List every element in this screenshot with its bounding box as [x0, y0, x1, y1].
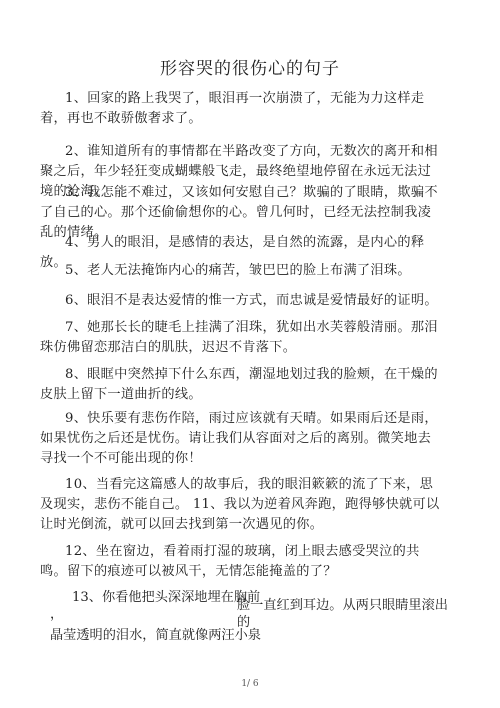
- paragraph-5: 5、老人无法掩饰内心的痛苦，皱巴巴的脸上布满了泪珠。: [40, 261, 442, 281]
- paragraph-6: 6、眼泪不是表达爱情的惟一方式，而忠诚是爱情最好的证明。: [40, 291, 442, 311]
- paragraph-1: 1、回家的路上我哭了，眼泪再一次崩溃了，无能为力这样走着，再也不敢骄傲奢求了。: [40, 89, 442, 129]
- paragraph-13-line-1: 13、你看他把头深深地埋在胸前: [50, 588, 235, 608]
- page-indicator: 1/ 6: [0, 679, 500, 689]
- paragraph-13-right-column: 脸一直红到耳边。从两只眼睛里滚出 的: [237, 597, 447, 631]
- paragraph-13-right-line-2: 的: [237, 614, 447, 631]
- paragraph-13-left-column: 13、你看他把头深深地埋在胸前 ， 晶莹透明的泪水，简直就像两汪小泉: [50, 588, 235, 646]
- paragraph-13-line-2: ，: [50, 608, 235, 626]
- document-page: 形容哭的很伤心的句子 1、回家的路上我哭了，眼泪再一次崩溃了，无能为力这样走着，…: [0, 0, 500, 708]
- paragraph-12: 12、坐在窗边，看着雨打湿的玻璃，闭上眼去感受哭泣的共鸣。留下的痕迹可以被风干，…: [40, 542, 442, 582]
- paragraph-8: 8、眼眶中突然掉下什么东西，潮湿地划过我的脸颊，在干燥的皮肤上留下一道曲折的线。: [40, 365, 442, 405]
- document-title: 形容哭的很伤心的句子: [0, 54, 500, 79]
- paragraph-9: 9、快乐要有悲伤作陪，雨过应该就有天晴。如果雨后还是雨，如果忧伤之后还是忧伤。请…: [40, 409, 442, 469]
- paragraph-13-right-line-1: 脸一直红到耳边。从两只眼睛里滚出: [237, 597, 447, 614]
- paragraph-13-line-3: 晶莹透明的泪水，简直就像两汪小泉: [50, 626, 235, 646]
- paragraph-7: 7、她那长长的睫毛上挂满了泪珠，犹如出水芙蓉般清丽。那泪珠仿佛留恋那洁白的肌肤，…: [40, 318, 442, 358]
- paragraph-10-11: 10、当看完这篇感人的故事后，我的眼泪簌簌的流了下来，思及现实，悲伤不能自己。 …: [40, 475, 442, 535]
